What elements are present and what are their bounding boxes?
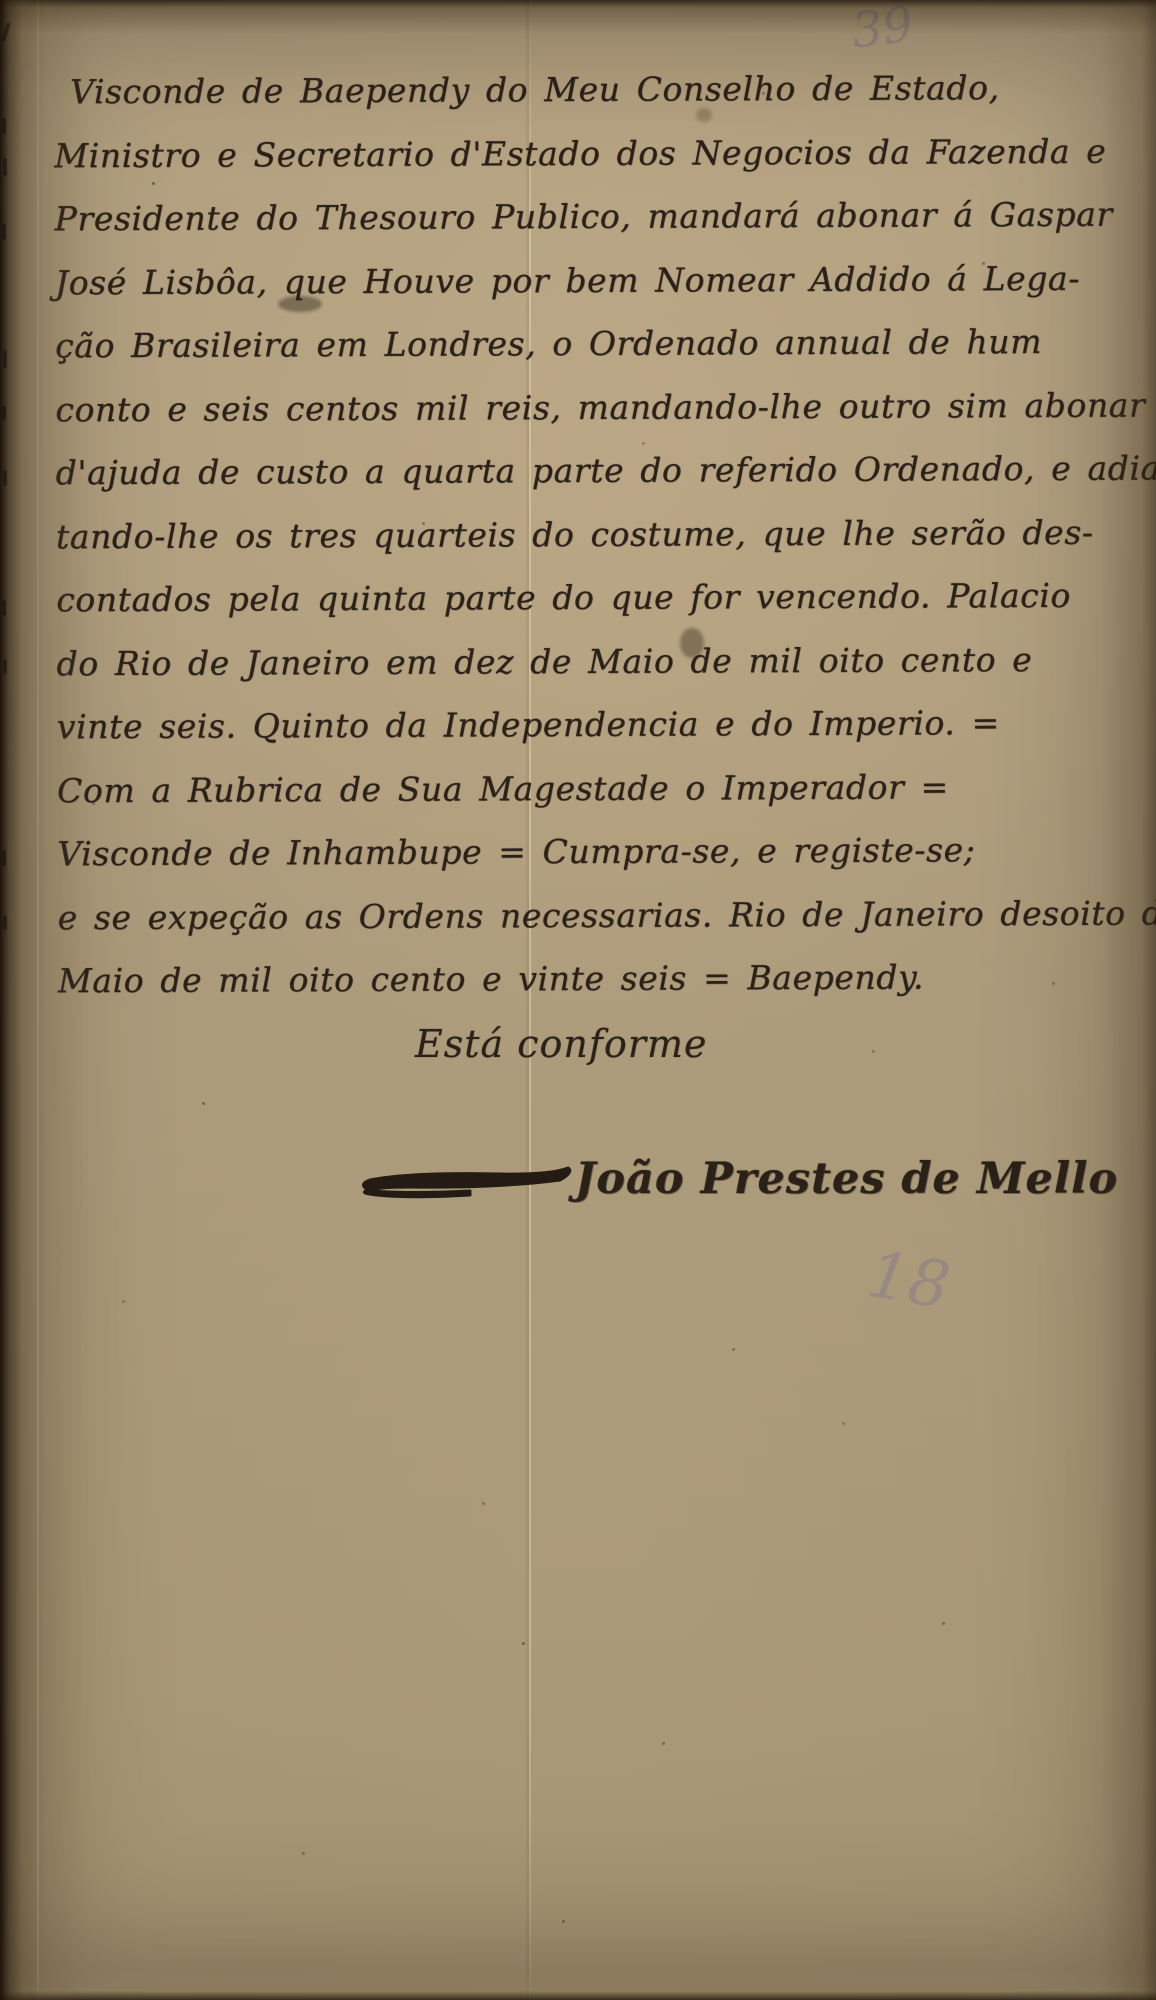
manuscript-line-15: Maio de mil oito cento e vinte seis = Ba… — [58, 945, 1110, 1013]
manuscript-line-13: Visconde de Inhambupe = Cumpra-se, e reg… — [57, 818, 1109, 886]
manuscript-line-2: Ministro e Secretario d'Estado dos Negoc… — [54, 119, 1106, 187]
gutter-ink-mark — [2, 600, 6, 616]
paper-foxing-specks — [0, 0, 3, 3]
paper-margin-crease — [37, 0, 39, 2000]
gutter-ink-mark — [2, 224, 6, 240]
pencil-annotation-below-signature: 18 — [863, 1238, 955, 1324]
pencil-annotation-top-right: 39 — [849, 0, 916, 60]
manuscript-line-11: vinte seis. Quinto da Independencia e do… — [57, 691, 1109, 759]
manuscript-line-5: ção Brasileira em Londres, o Ordenado an… — [55, 310, 1107, 378]
manuscript-line-10: do Rio de Janeiro em dez de Maio de mil … — [56, 627, 1108, 695]
gutter-ink-mark — [3, 470, 7, 486]
ink-blot — [680, 628, 704, 658]
manuscript-line-7: d'ajuda de custo a quarta parte do refer… — [56, 437, 1108, 505]
signature-flourish-icon — [350, 1160, 575, 1212]
gutter-ink-mark — [2, 850, 6, 866]
manuscript-line-9: contados pela quinta parte do que for ve… — [56, 564, 1108, 632]
manuscript-line-1: Visconde de Baependy do Meu Conselho de … — [54, 56, 1106, 124]
gutter-ink-mark — [3, 916, 7, 930]
manuscript-line-14: e se expeção as Ordens necessarias. Rio … — [58, 881, 1110, 949]
manuscript-line-12: Com a Rubrica de Sua Magestade o Imperad… — [57, 754, 1109, 822]
manuscript-line-4: José Lisbôa, que Houve por bem Nomear Ad… — [55, 246, 1107, 314]
manuscript-line-3: Presidente do Thesouro Publico, mandará … — [54, 183, 1106, 251]
ink-blot — [696, 108, 712, 122]
attestation-line: Está conforme — [415, 1022, 708, 1066]
manuscript-line-8: tando-lhe os tres quarteis do costume, q… — [56, 500, 1108, 568]
ink-blot — [278, 296, 322, 312]
manuscript-text-block: Visconde de Baependy do Meu Conselho de … — [54, 56, 1110, 1013]
manuscript-line-6: conto e seis centos mil reis, mandando-l… — [55, 373, 1107, 441]
gutter-ink-mark — [3, 350, 7, 368]
gutter-ink-mark — [3, 158, 7, 176]
gutter-ink-mark — [2, 118, 6, 134]
signature-name: João Prestes de Mello — [575, 1154, 1118, 1204]
gutter-ink-mark — [2, 406, 6, 420]
scanned-page: Visconde de Baependy do Meu Conselho de … — [0, 0, 1156, 2000]
gutter-ink-mark — [3, 660, 7, 674]
signature-block: João Prestes de Mello — [350, 1146, 1118, 1212]
